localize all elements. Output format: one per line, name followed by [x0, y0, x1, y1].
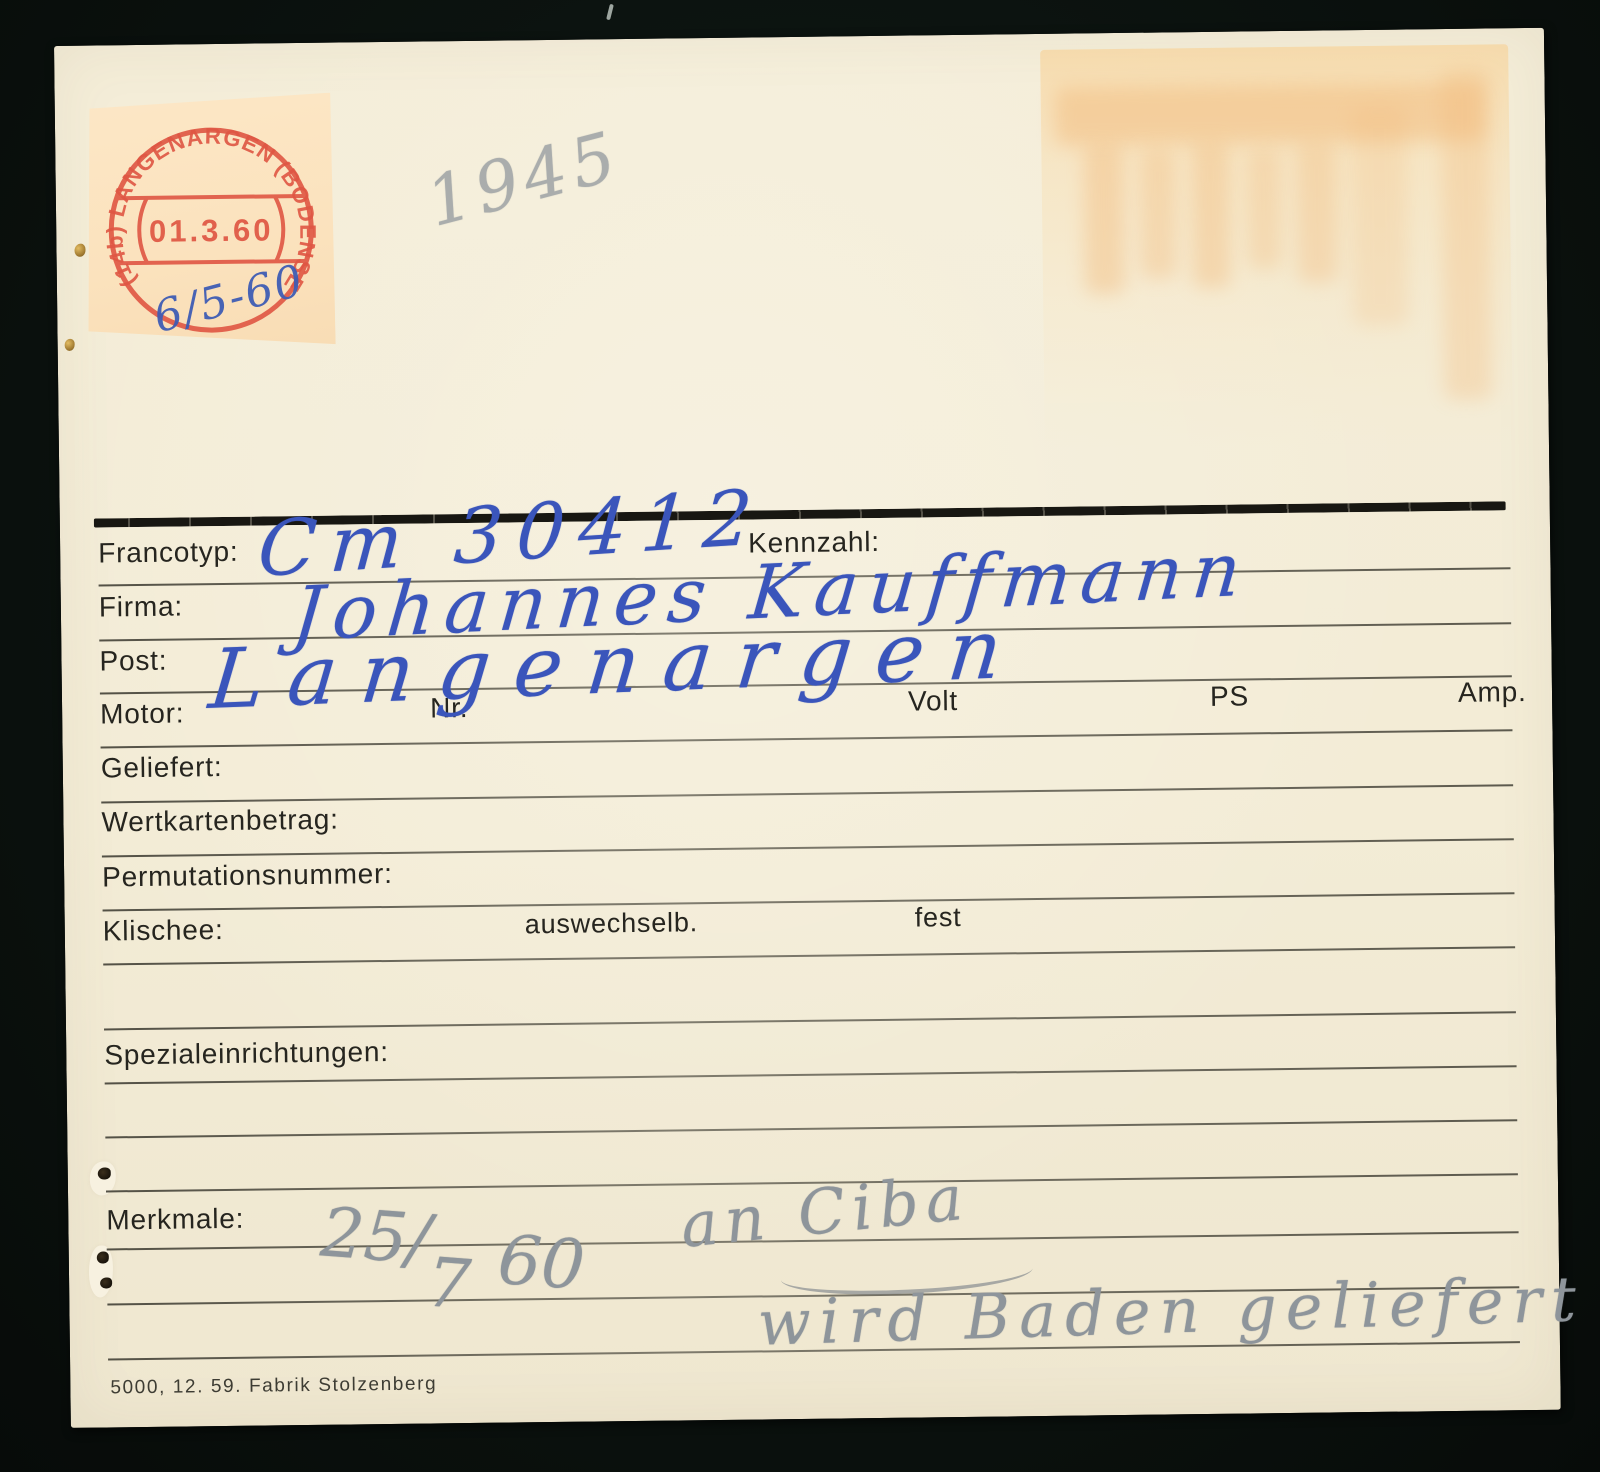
bleedthrough-mark [1351, 105, 1409, 326]
pencil-year-note: 1945 [419, 117, 630, 243]
field-label-wertkartenbetrag: Wertkartenbetrag: [101, 804, 339, 839]
field-label-motor: Motor: [100, 697, 185, 730]
field-label-geliefert: Geliefert: [101, 751, 223, 784]
bleedthrough-mark [1246, 149, 1281, 269]
registration-card: (14b) LANGENARGEN (BODENSEE) 01.3.60 6/5… [54, 28, 1561, 1428]
ruled-line [103, 946, 1515, 965]
option-label-auswechselb: auswechselb. [525, 907, 699, 940]
ruled-line [101, 729, 1513, 748]
pencil-merkmale-date: 25/760 [318, 1193, 588, 1292]
postmark-date: 01.3.60 [149, 212, 274, 249]
bleedthrough-mark [1296, 142, 1338, 282]
field-label-francotyp: Francotyp: [98, 536, 239, 570]
ruled-line [103, 892, 1515, 911]
postmark-stamp: (14b) LANGENARGEN (BODENSEE) 01.3.60 6/5… [86, 93, 336, 358]
pencil-date-part1: 25/ [318, 1193, 433, 1280]
punch-hole [98, 1167, 111, 1179]
bleedthrough-mark [1139, 148, 1177, 278]
bleedthrough-mark [1083, 144, 1125, 294]
ruled-line [105, 1119, 1517, 1138]
ruled-line [102, 838, 1514, 857]
ruled-line [104, 1011, 1516, 1030]
column-label-ps: PS [1210, 680, 1249, 712]
punch-hole [100, 1277, 112, 1288]
bleedthrough-mark [1440, 69, 1492, 400]
postmark-cutout: (14b) LANGENARGEN (BODENSEE) 01.3.60 6/5… [86, 93, 336, 358]
field-label-firma: Firma: [99, 590, 184, 623]
ink-bleedthrough-block [1040, 44, 1513, 450]
field-label-klischee: Klischee: [103, 914, 224, 947]
pencil-date-part2: 7 [424, 1243, 473, 1325]
pencil-note-recipient: an Ciba [677, 1160, 972, 1261]
field-label-spezialeinrichtungen: Spezialeinrichtungen: [104, 1036, 389, 1071]
pin-hole [65, 339, 75, 351]
dust-speck [606, 4, 614, 20]
printer-imprint: 5000, 12. 59. Fabrik Stolzenberg [110, 1373, 437, 1399]
field-label-permutationsnummer: Permutationsnummer: [102, 858, 393, 894]
column-label-amp: Amp. [1458, 676, 1527, 709]
bleedthrough-mark [1055, 83, 1486, 146]
pencil-date-part3: 60 [495, 1221, 587, 1306]
field-label-post: Post: [99, 645, 167, 678]
field-label-merkmale: Merkmale: [106, 1203, 244, 1237]
punch-hole [97, 1251, 109, 1263]
option-label-fest: fest [915, 902, 962, 934]
bleedthrough-mark [1191, 143, 1231, 288]
ruled-line [101, 784, 1513, 803]
pin-hole [74, 244, 85, 257]
scan-background: (14b) LANGENARGEN (BODENSEE) 01.3.60 6/5… [0, 0, 1600, 1472]
